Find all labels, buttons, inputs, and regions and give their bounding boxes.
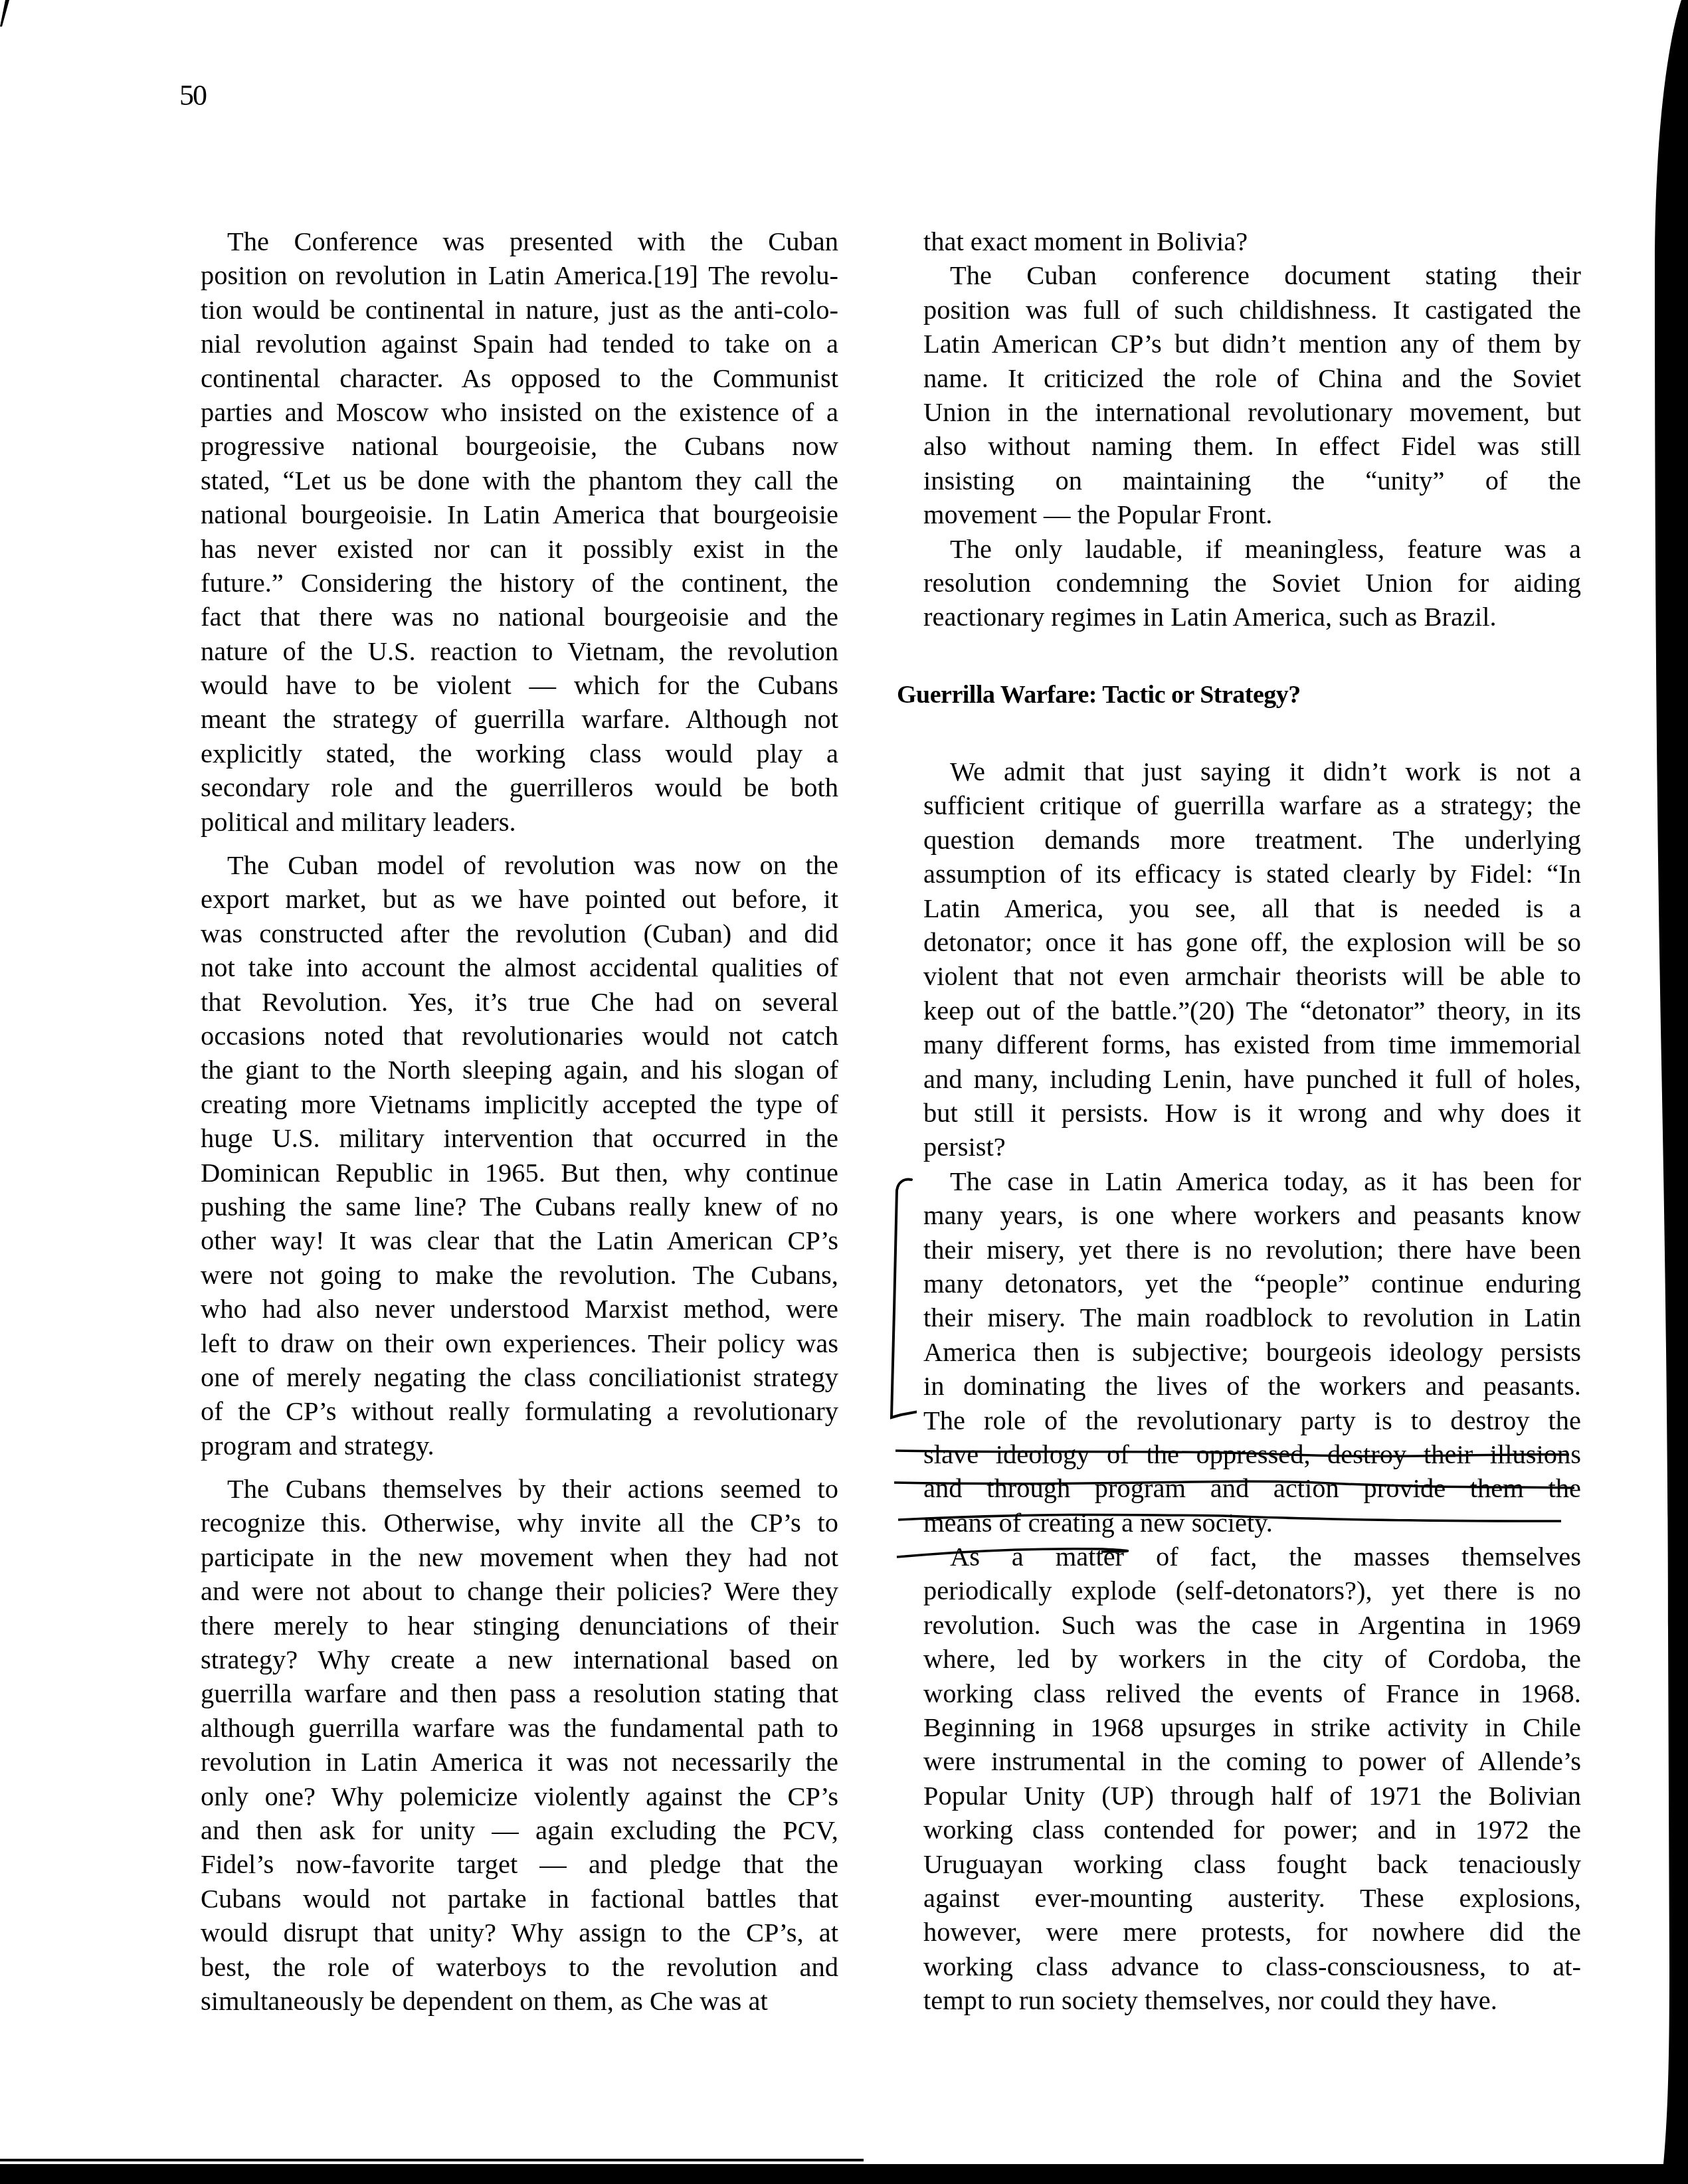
text-line: many detonators, yet the “people” contin…: [897, 1267, 1581, 1301]
text-line: although guerrilla warfare was the funda…: [174, 1711, 838, 1745]
text-line: left to draw on their own experiences. T…: [174, 1326, 838, 1360]
left-paragraph-3: The Cubans themselves by their actions s…: [174, 1472, 838, 2018]
text-line: fact that there was no national bourgeoi…: [174, 600, 838, 634]
text-line: Union in the international revolutionary…: [897, 395, 1581, 429]
text-line: and many, including Lenin, have punched …: [897, 1062, 1581, 1096]
page-number: 50: [179, 78, 206, 112]
text-line: future.” Considering the history of the …: [174, 566, 838, 600]
text-line: however, were mere protests, for nowhere…: [897, 1915, 1581, 1949]
text-line: that exact moment in Bolivia?: [897, 225, 1581, 258]
text-line: meant the strategy of guerrilla warfare.…: [174, 702, 838, 736]
text-line: national bourgeoisie. In Latin America t…: [174, 498, 838, 531]
text-line: their misery. The main roadblock to revo…: [897, 1301, 1581, 1334]
text-line: but still it persists. How is it wrong a…: [897, 1096, 1581, 1130]
text-line: working class advance to class-conscious…: [897, 1950, 1581, 1983]
text-line: insisting on maintaining the “unity” of …: [897, 464, 1581, 498]
text-line: The Cuban conference document stating th…: [897, 258, 1581, 292]
text-line: The case in Latin America today, as it h…: [897, 1164, 1581, 1198]
text-line: one of merely negating the class concili…: [174, 1360, 838, 1394]
text-line: explicitly stated, the working class wou…: [174, 737, 838, 771]
text-line: movement — the Popular Front.: [897, 498, 1581, 531]
text-line: only one? Why polemicize violently again…: [174, 1779, 838, 1813]
text-line: The Conference was presented with the Cu…: [174, 225, 838, 258]
text-line: in dominating the lives of the workers a…: [897, 1369, 1581, 1403]
text-line: the giant to the North sleeping again, a…: [174, 1053, 838, 1087]
text-line: revolution in Latin America it was not n…: [174, 1745, 838, 1779]
text-line: resolution condemning the Soviet Union f…: [897, 566, 1581, 600]
text-line: recognize this. Otherwise, why invite al…: [174, 1506, 838, 1540]
text-line: We admit that just saying it didn’t work…: [897, 755, 1581, 788]
text-line: program and strategy.: [174, 1429, 838, 1463]
text-line: Popular Unity (UP) through half of 1971 …: [897, 1779, 1581, 1813]
text-line: keep out of the battle.”(20) The “detona…: [897, 994, 1581, 1028]
section-heading: Guerrilla Warfare: Tactic or Strategy?: [897, 678, 1581, 712]
text-line: creating more Vietnams implicitly accept…: [174, 1087, 838, 1121]
text-line: also without naming them. In effect Fide…: [897, 429, 1581, 463]
section-paragraph-1: We admit that just saying it didn’t work…: [897, 755, 1581, 1164]
text-line: tion would be continental in nature, jus…: [174, 293, 838, 327]
text-line: not take into account the almost acciden…: [174, 951, 838, 984]
text-line: Dominican Republic in 1965. But then, wh…: [174, 1156, 838, 1190]
text-line: political and military leaders.: [174, 805, 838, 839]
text-line: stated, “Let us be done with the phantom…: [174, 464, 838, 498]
text-line: against ever-mounting austerity. These e…: [897, 1881, 1581, 1915]
text-line: violent that not even armchair theorists…: [897, 959, 1581, 993]
text-line: occasions noted that revolutionaries wou…: [174, 1019, 838, 1053]
text-line: were not going to make the revolution. T…: [174, 1258, 838, 1292]
text-line: The Cubans themselves by their actions s…: [174, 1472, 838, 1506]
text-line: many years, is one where workers and pea…: [897, 1198, 1581, 1232]
text-line: progressive national bourgeoisie, the Cu…: [174, 429, 838, 463]
text-line: best, the role of waterboys to the revol…: [174, 1950, 838, 1984]
text-line: name. It criticized the role of China an…: [897, 361, 1581, 395]
right-paragraph-1: The Cuban conference document stating th…: [897, 258, 1581, 531]
text-line: working class contended for power; and i…: [897, 1813, 1581, 1847]
text-line: persist?: [897, 1130, 1581, 1164]
text-line: periodically explode (self-detonators?),…: [897, 1574, 1581, 1607]
book-spine-shadow: [1635, 0, 1688, 2184]
text-line: participate in the new movement when the…: [174, 1540, 838, 1574]
text-line: strategy? Why create a new international…: [174, 1643, 838, 1677]
text-line: has never existed nor can it possibly ex…: [174, 532, 838, 566]
text-line: tempt to run society themselves, nor cou…: [897, 1983, 1581, 2017]
text-line: would disrupt that unity? Why assign to …: [174, 1916, 838, 1950]
text-line: working class relived the events of Fran…: [897, 1677, 1581, 1710]
text-line: question demands more treatment. The und…: [897, 823, 1581, 857]
text-line: simultaneously be dependent on them, as …: [174, 1984, 838, 2018]
text-line: parties and Moscow who insisted on the e…: [174, 395, 838, 429]
text-line: Uruguayan working class fought back tena…: [897, 1847, 1581, 1881]
text-line: secondary role and the guerrilleros woul…: [174, 771, 838, 804]
text-line: Latin America, you see, all that is need…: [897, 891, 1581, 925]
text-line: that Revolution. Yes, it’s true Che had …: [174, 985, 838, 1019]
text-line: detonator; once it has gone off, the exp…: [897, 925, 1581, 959]
text-line: were instrumental in the coming to power…: [897, 1744, 1581, 1778]
text-line: other way! It was clear that the Latin A…: [174, 1224, 838, 1257]
text-line: position was full of such childishness. …: [897, 293, 1581, 327]
text-line: Latin American CP’s but didn’t mention a…: [897, 327, 1581, 361]
scan-bottom-edge: [0, 2157, 1688, 2184]
text-line: The only laudable, if meaningless, featu…: [897, 532, 1581, 566]
text-line: sufficient critique of guerrilla warfare…: [897, 788, 1581, 822]
text-line: America then is subjective; bourgeois id…: [897, 1335, 1581, 1369]
scan-corner-mark: [0, 0, 13, 27]
handwritten-underline-icon: [890, 1421, 1574, 1568]
text-line: assumption of its efficacy is stated cle…: [897, 857, 1581, 891]
right-paragraph-2: The only laudable, if meaningless, featu…: [897, 532, 1581, 634]
text-line: nial revolution against Spain had tended…: [174, 327, 838, 361]
text-line: their misery, yet there is no revolution…: [897, 1233, 1581, 1267]
text-line: was constructed after the revolution (Cu…: [174, 917, 838, 951]
left-paragraph-2: The Cuban model of revolution was now on…: [174, 848, 838, 1463]
text-line: would have to be violent — which for the…: [174, 668, 838, 702]
text-line: The Cuban model of revolution was now on…: [174, 848, 838, 882]
text-line: where, led by workers in the city of Cor…: [897, 1642, 1581, 1676]
text-line: there merely to hear stinging denunciati…: [174, 1609, 838, 1643]
text-line: export market, but as we have pointed ou…: [174, 882, 838, 916]
text-line: pushing the same line? The Cubans really…: [174, 1190, 838, 1224]
left-column: The Conference was presented with the Cu…: [174, 225, 838, 2027]
text-line: of the CP’s without really formulating a…: [174, 1394, 838, 1428]
left-paragraph-1: The Conference was presented with the Cu…: [174, 225, 838, 839]
text-line: guerrilla warfare and then pass a resolu…: [174, 1677, 838, 1710]
text-line: Beginning in 1968 upsurges in strike act…: [897, 1710, 1581, 1744]
text-line: huge U.S. military intervention that occ…: [174, 1121, 838, 1155]
section-paragraph-3: As a matter of fact, the masses themselv…: [897, 1540, 1581, 2017]
text-line: who had also never understood Marxist me…: [174, 1292, 838, 1326]
text-line: position on revolution in Latin America.…: [174, 258, 838, 292]
text-line: reactionary regimes in Latin America, su…: [897, 600, 1581, 634]
text-line: and then ask for unity — again excluding…: [174, 1813, 838, 1847]
text-line: and were not about to change their polic…: [174, 1574, 838, 1608]
text-line: continental character. As opposed to the…: [174, 361, 838, 395]
text-line: revolution. Such was the case in Argenti…: [897, 1608, 1581, 1642]
text-line: nature of the U.S. reaction to Vietnam, …: [174, 634, 838, 668]
text-line: Fidel’s now-favorite target — and pledge…: [174, 1847, 838, 1881]
right-column: that exact moment in Bolivia?The Cuban c…: [897, 225, 1581, 2018]
text-line: many different forms, has existed from t…: [897, 1028, 1581, 1061]
text-line: Cubans would not partake in factional ba…: [174, 1882, 838, 1916]
handwritten-bracket-icon: [890, 1177, 917, 1424]
continued-paragraph: that exact moment in Bolivia?: [897, 225, 1581, 258]
